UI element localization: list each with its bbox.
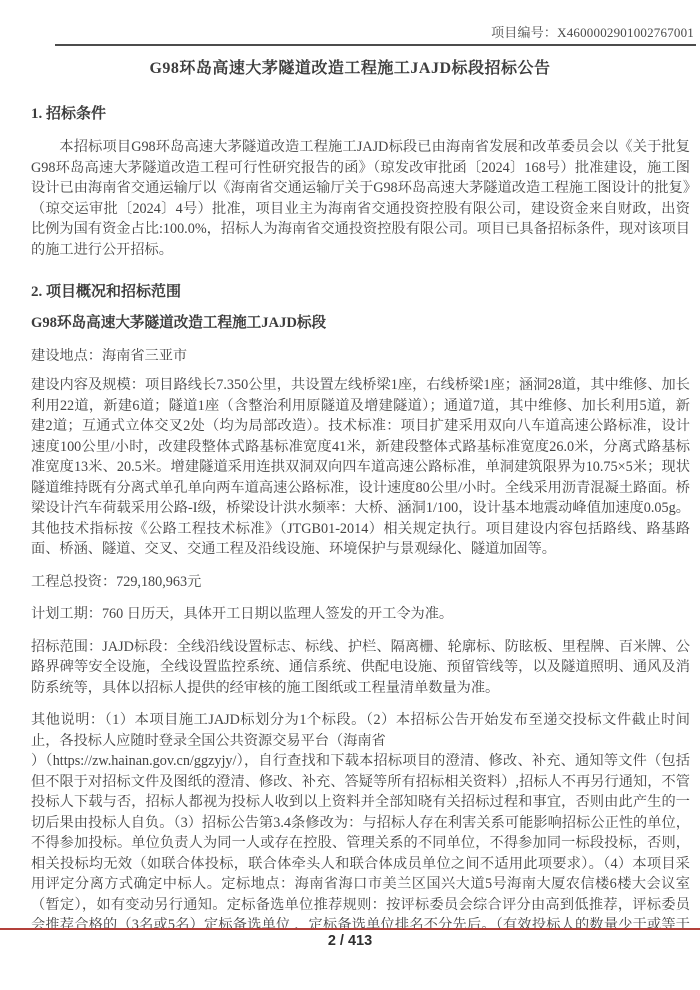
paragraph-construction-location: 建设地点：海南省三亚市 xyxy=(31,346,690,367)
paragraph-total-investment: 工程总投资：729,180,963元 xyxy=(31,572,690,593)
document-title: G98环岛高速大茅隧道改造工程施工JAJD标段招标公告 xyxy=(0,55,700,78)
page-indicator: 2 / 413 xyxy=(328,933,372,949)
paragraph-construction-scope: 建设内容及规模：项目路线长7.350公里，共设置左线桥梁1座，右线桥梁1座；涵洞… xyxy=(31,375,690,560)
section-2-subheading: G98环岛高速大茅隧道改造工程施工JAJD标段 xyxy=(31,313,690,334)
section-1-heading: 1. 招标条件 xyxy=(31,104,690,125)
section-2-heading: 2. 项目概况和招标范围 xyxy=(31,282,690,303)
document-body: 1. 招标条件 本招标项目G98环岛高速大茅隧道改造工程施工JAJD标段已由海南… xyxy=(0,104,700,930)
project-number-label: 项目编号： xyxy=(491,25,557,40)
paragraph-other-notes: 其他说明：（1）本项目施工JAJD标划分为1个标段。（2）本招标公告开始发布至递… xyxy=(31,710,690,930)
paragraph-tender-scope: 招标范围：JAJD标段：全线沿线设置标志、标线、护栏、隔离栅、轮廓标、防眩板、里… xyxy=(31,637,690,699)
paragraph-planned-duration: 计划工期：760 日历天，具体开工日期以监理人签发的开工令为准。 xyxy=(31,604,690,625)
project-number-value: X4600002901002767001 xyxy=(557,25,694,40)
page-content: 项目编号：X4600002901002767001 G98环岛高速大茅隧道改造工… xyxy=(0,0,700,930)
paragraph-tender-conditions: 本招标项目G98环岛高速大茅隧道改造工程施工JAJD标段已由海南省发展和改革委员… xyxy=(31,137,690,260)
document-page: 项目编号：X4600002901002767001 G98环岛高速大茅隧道改造工… xyxy=(0,0,700,990)
page-break-divider xyxy=(0,928,700,930)
header-divider xyxy=(55,44,696,46)
document-header: 项目编号：X4600002901002767001 xyxy=(0,0,700,41)
page-footer: 2 / 413 xyxy=(0,933,700,949)
